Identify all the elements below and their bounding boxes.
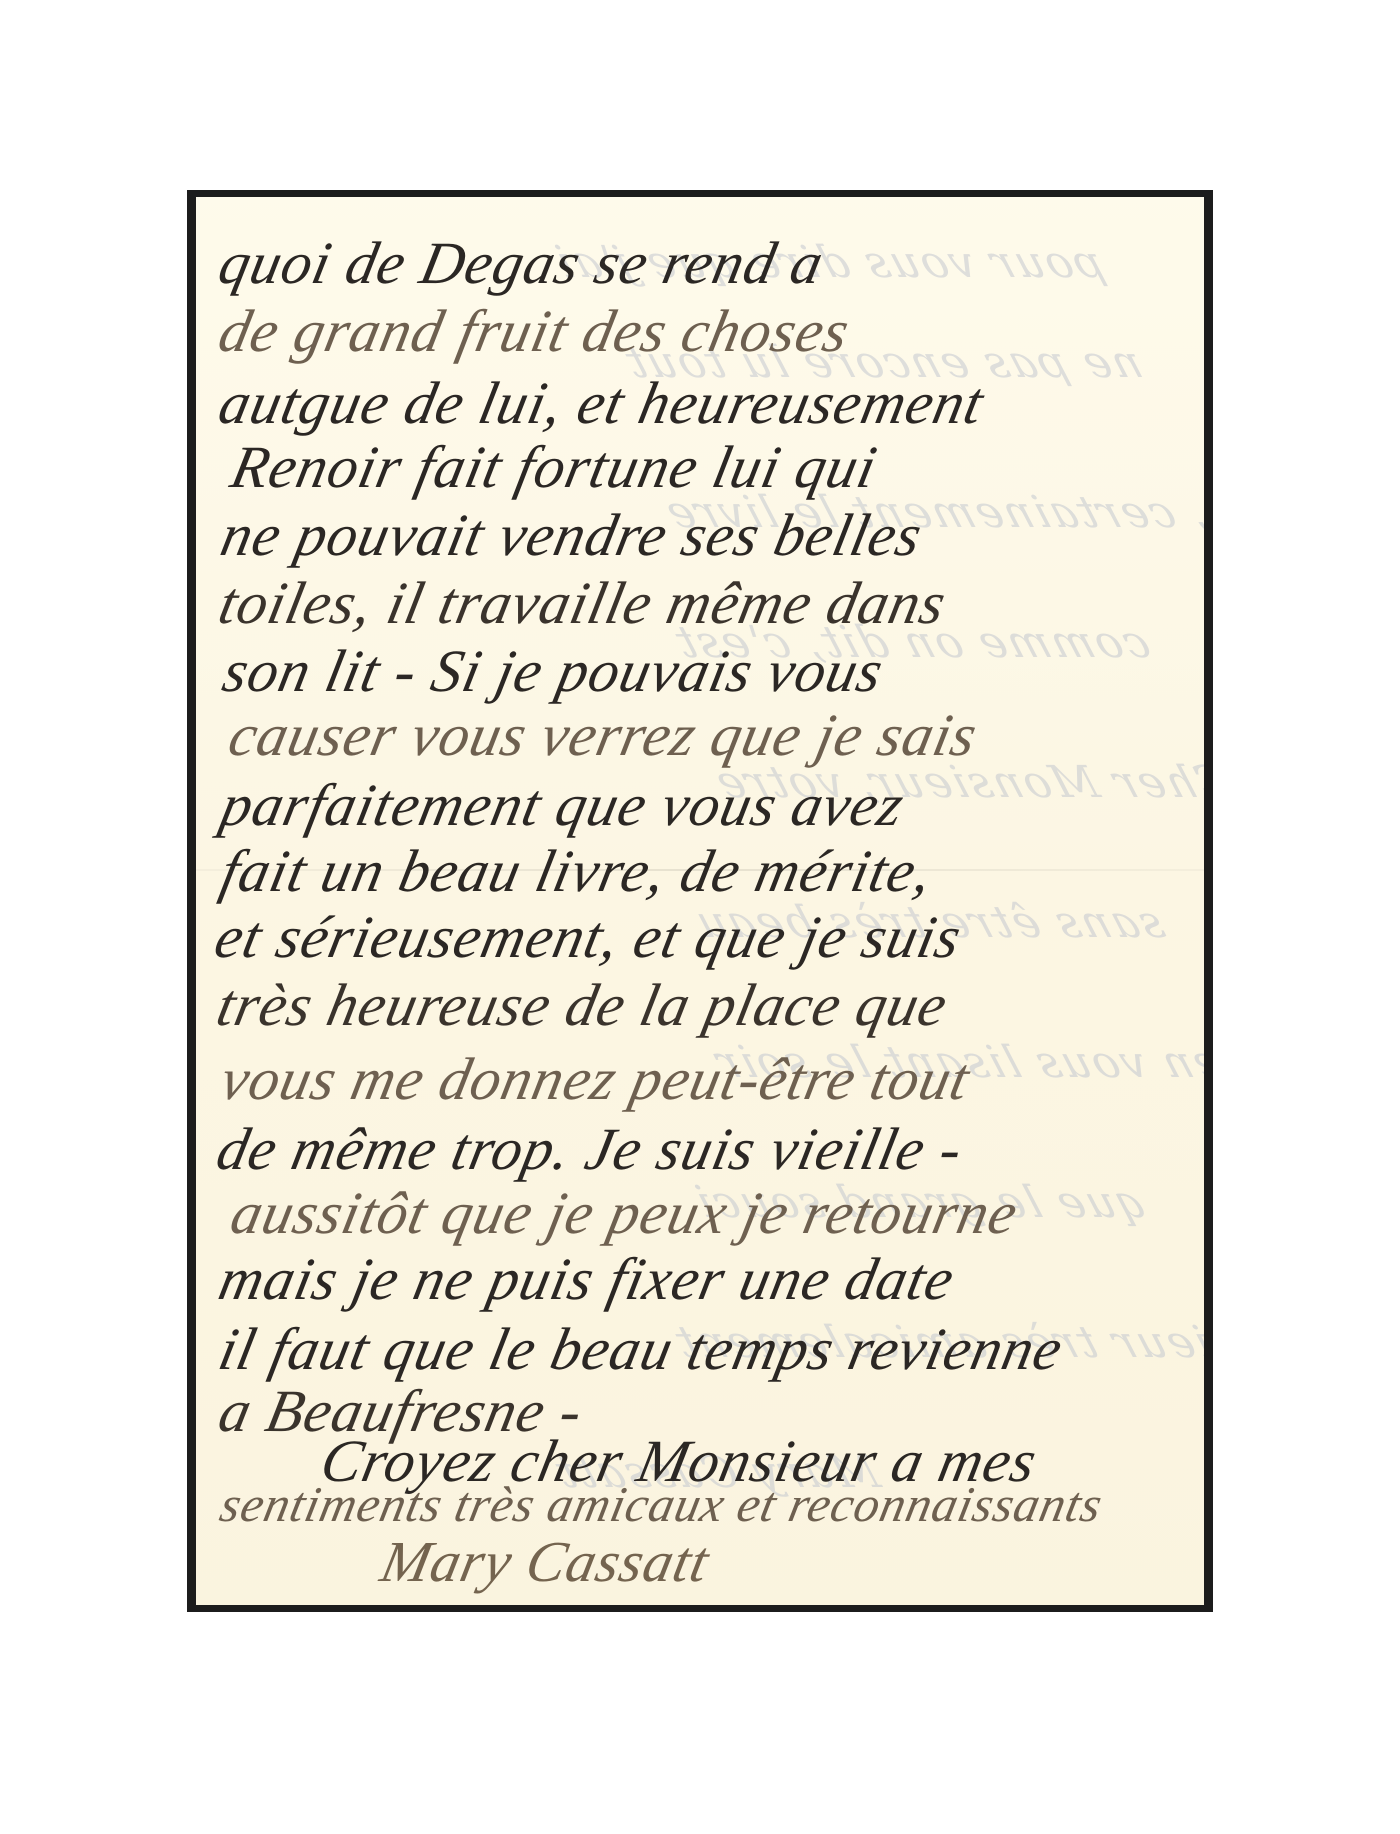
letter-line-11: et sérieusement, et que je suis: [210, 907, 967, 967]
letter-line-1: quoi de Degas se rend a: [214, 233, 829, 293]
letter-line-5: ne pouvait vendre ses belles: [216, 505, 928, 565]
letter-line-16: mais je ne puis fixer une date: [214, 1249, 960, 1309]
letter-line-13: vous me donnez peut-être tout: [216, 1049, 975, 1109]
letter-line-17: il faut que le beau temps revienne: [214, 1319, 1068, 1379]
letter-line-3: autgue de lui, et heureusement: [214, 373, 989, 433]
letter-line-6: toiles, il travaille même dans: [214, 573, 952, 633]
letter-line-4: Renoir fait fortune lui qui: [226, 437, 882, 497]
letter-line-2: de grand fruit des choses: [214, 301, 855, 361]
letter-line-12: très heureuse de la place que: [212, 975, 953, 1035]
letter-line-9: parfaitement que vous avez: [216, 775, 910, 835]
letter-card: pour vous dire que j'ai ne pas encore lu…: [187, 190, 1213, 1612]
letter-line-10: fait un beau livre, de mérite,: [216, 841, 938, 901]
letter-line-14: de même trop. Je suis vieille -: [212, 1119, 968, 1179]
letter-line-7: son lit - Si je pouvais vous: [218, 641, 889, 701]
letter-line-8: causer vous verrez que je sais: [224, 705, 983, 765]
signature: Mary Cassatt: [376, 1533, 715, 1591]
letter-line-20: sentiments très amicaux et reconnaissant…: [216, 1479, 1107, 1529]
letter-line-15: aussitôt que je peux je retourne: [226, 1183, 1023, 1243]
